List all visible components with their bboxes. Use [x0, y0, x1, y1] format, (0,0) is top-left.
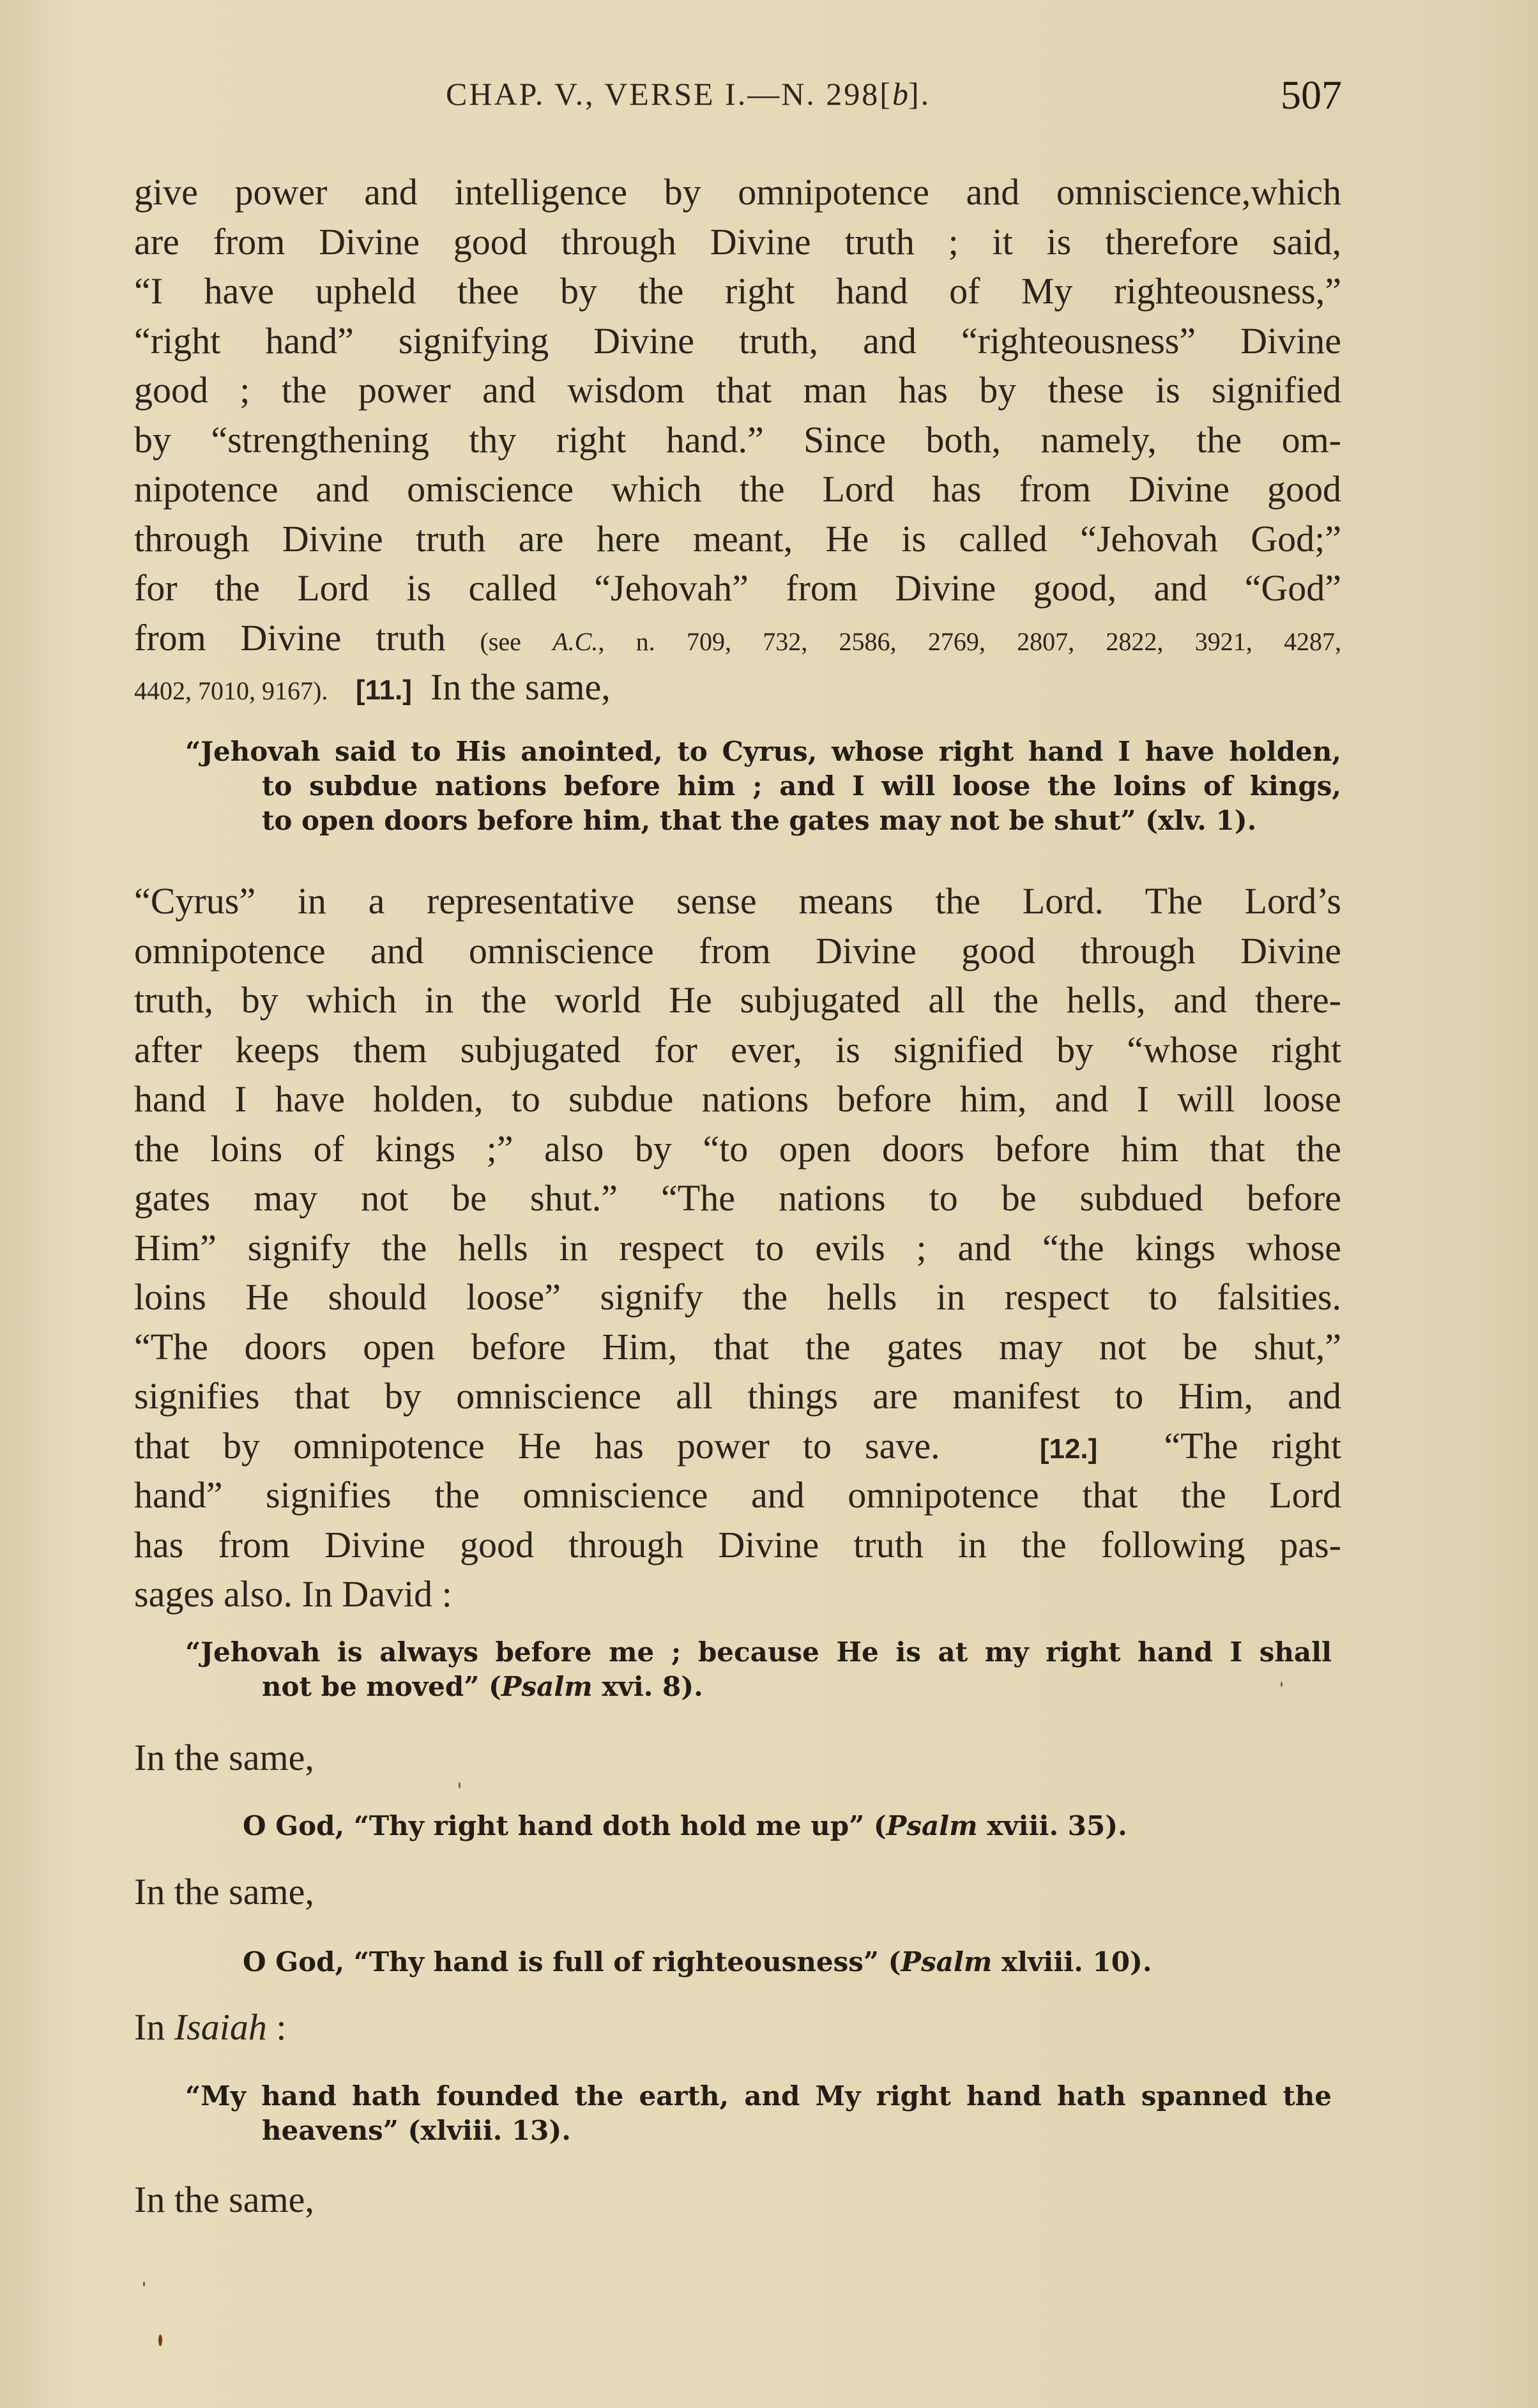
page-number: 507 [1281, 72, 1342, 119]
quote-fragment: xvi. 8). [593, 1671, 703, 1702]
section-marker: [11.] [356, 674, 412, 706]
text-line: “The doors open before Him, that the gat… [134, 1322, 1341, 1372]
running-head-italic: b [892, 76, 908, 112]
book-title: Psalm [501, 1671, 593, 1702]
quote-line: to subdue nations before him ; and I wil… [185, 769, 1341, 804]
text-line: give power and intelligence by omnipoten… [134, 167, 1341, 217]
block-quote-5: “My hand hath founded the earth, and My … [185, 2079, 1332, 2148]
text-line: gates may not be shut.” “The nations to … [134, 1173, 1341, 1223]
text-line: that by omnipotence He has power to save… [134, 1421, 1341, 1471]
text-line: sages also. In David : [134, 1569, 1341, 1619]
text-line: good ; the power and wisdom that man has… [134, 365, 1341, 415]
text-line: Him” signify the hells in respect to evi… [134, 1223, 1341, 1273]
paper-speck [459, 1782, 461, 1788]
quote-line: heavens” (xlviii. 13). [185, 2114, 1332, 2148]
book-page: CHAP. V., VERSE I.—N. 298[b]. 507 give p… [0, 0, 1538, 2408]
section-marker: [12.] [1040, 1433, 1097, 1465]
quote-fragment: xviii. 35). [978, 1810, 1127, 1841]
text-line-reference: from Divine truth (see A.C., n. 709, 732… [134, 613, 1341, 663]
text-line: omnipotence and omniscience from Divine … [134, 926, 1341, 976]
paper-speck [1281, 1682, 1283, 1687]
citation-numbers: 4402, 7010, 9167). [134, 676, 328, 705]
text-line: through Divine truth are here meant, He … [134, 514, 1341, 564]
paper-speck [158, 2335, 162, 2346]
quote-line: to open doors before him, that the gates… [185, 804, 1341, 838]
text-line: 4402, 7010, 9167). [11.] In the same, [134, 662, 1341, 712]
block-quote-4: O God, “Thy hand is full of righteousnes… [243, 1945, 1152, 1979]
intro-line-5: In Isaiah : [134, 2006, 286, 2048]
quote-fragment: O God, “Thy right hand doth hold me up” … [243, 1810, 887, 1841]
quote-fragment: not be moved” ( [262, 1671, 501, 1702]
block-quote-3: O God, “Thy right hand doth hold me up” … [243, 1809, 1127, 1843]
block-quote-2: “Jehovah is always before me ; because H… [185, 1635, 1332, 1704]
text-line: are from Divine good through Divine trut… [134, 217, 1341, 267]
paragraph-1: give power and intelligence by omnipoten… [134, 167, 1341, 712]
book-title: Psalm [901, 1946, 993, 1977]
text-line: truth, by which in the world He subjugat… [134, 975, 1341, 1025]
quote-fragment: xlviii. 10). [992, 1946, 1152, 1977]
text-line: hand I have holden, to subdue nations be… [134, 1074, 1341, 1124]
text-line: loins He should loose” signify the hells… [134, 1272, 1341, 1322]
intro-line-3: In the same, [134, 1736, 314, 1779]
citation-italic: A.C. [552, 627, 598, 656]
text-fragment: In [134, 2006, 174, 2048]
text-line: nipotence and omiscience which the Lord … [134, 464, 1341, 514]
text-line: has from Divine good through Divine trut… [134, 1520, 1341, 1570]
citation-prefix: (see [480, 627, 553, 656]
text-line: “right hand” signifying Divine truth, an… [134, 316, 1341, 366]
quote-line: “My hand hath founded the earth, and My … [185, 2079, 1332, 2114]
quote-line: O God, “Thy hand is full of righteousnes… [243, 1945, 1152, 1979]
paper-speck [143, 2282, 145, 2287]
book-title: Isaiah [174, 2006, 267, 2048]
text-line: “I have upheld thee by the right hand of… [134, 266, 1341, 316]
quote-line: O God, “Thy right hand doth hold me up” … [243, 1809, 1127, 1843]
text-fragment: that by omnipotence He has power to save… [134, 1425, 940, 1467]
running-head-text: CHAP. V., VERSE I.—N. 298[ [446, 76, 892, 112]
text-line: for the Lord is called “Jehovah” from Di… [134, 563, 1341, 613]
text-line: signifies that by omniscience all things… [134, 1371, 1341, 1421]
paragraph-2: “Cyrus” in a representative sense means … [134, 876, 1341, 1619]
text-fragment: from Divine truth [134, 617, 446, 659]
text-line: by “strengthening thy right hand.” Since… [134, 415, 1341, 465]
reference-citation: (see A.C., n. 709, 732, 2586, 2769, 2807… [480, 627, 1341, 656]
running-head-suffix: ]. [908, 76, 931, 112]
text-line: “Cyrus” in a representative sense means … [134, 876, 1341, 926]
intro-line-4: In the same, [134, 1870, 314, 1913]
text-fragment: “The right [1164, 1425, 1341, 1467]
book-title: Psalm [887, 1810, 978, 1841]
text-line: hand” signifies the omniscience and omni… [134, 1470, 1341, 1520]
quote-line: “Jehovah is always before me ; because H… [185, 1635, 1332, 1670]
quote-line: not be moved” (Psalm xvi. 8). [185, 1670, 1332, 1704]
text-fragment: : [267, 2006, 287, 2048]
quote-line: “Jehovah said to His anointed, to Cyrus,… [185, 735, 1341, 769]
text-line: after keeps them subjugated for ever, is… [134, 1025, 1341, 1075]
quote-fragment: O God, “Thy hand is full of righteousnes… [243, 1946, 901, 1977]
intro-line-6: In the same, [134, 2178, 314, 2221]
citation-numbers: , n. 709, 732, 2586, 2769, 2807, 2822, 3… [598, 627, 1341, 656]
text-line: the loins of kings ;” also by “to open d… [134, 1124, 1341, 1174]
running-head: CHAP. V., VERSE I.—N. 298[b]. [446, 75, 931, 112]
block-quote-1: “Jehovah said to His anointed, to Cyrus,… [185, 735, 1341, 838]
text-fragment: In the same, [430, 666, 611, 708]
